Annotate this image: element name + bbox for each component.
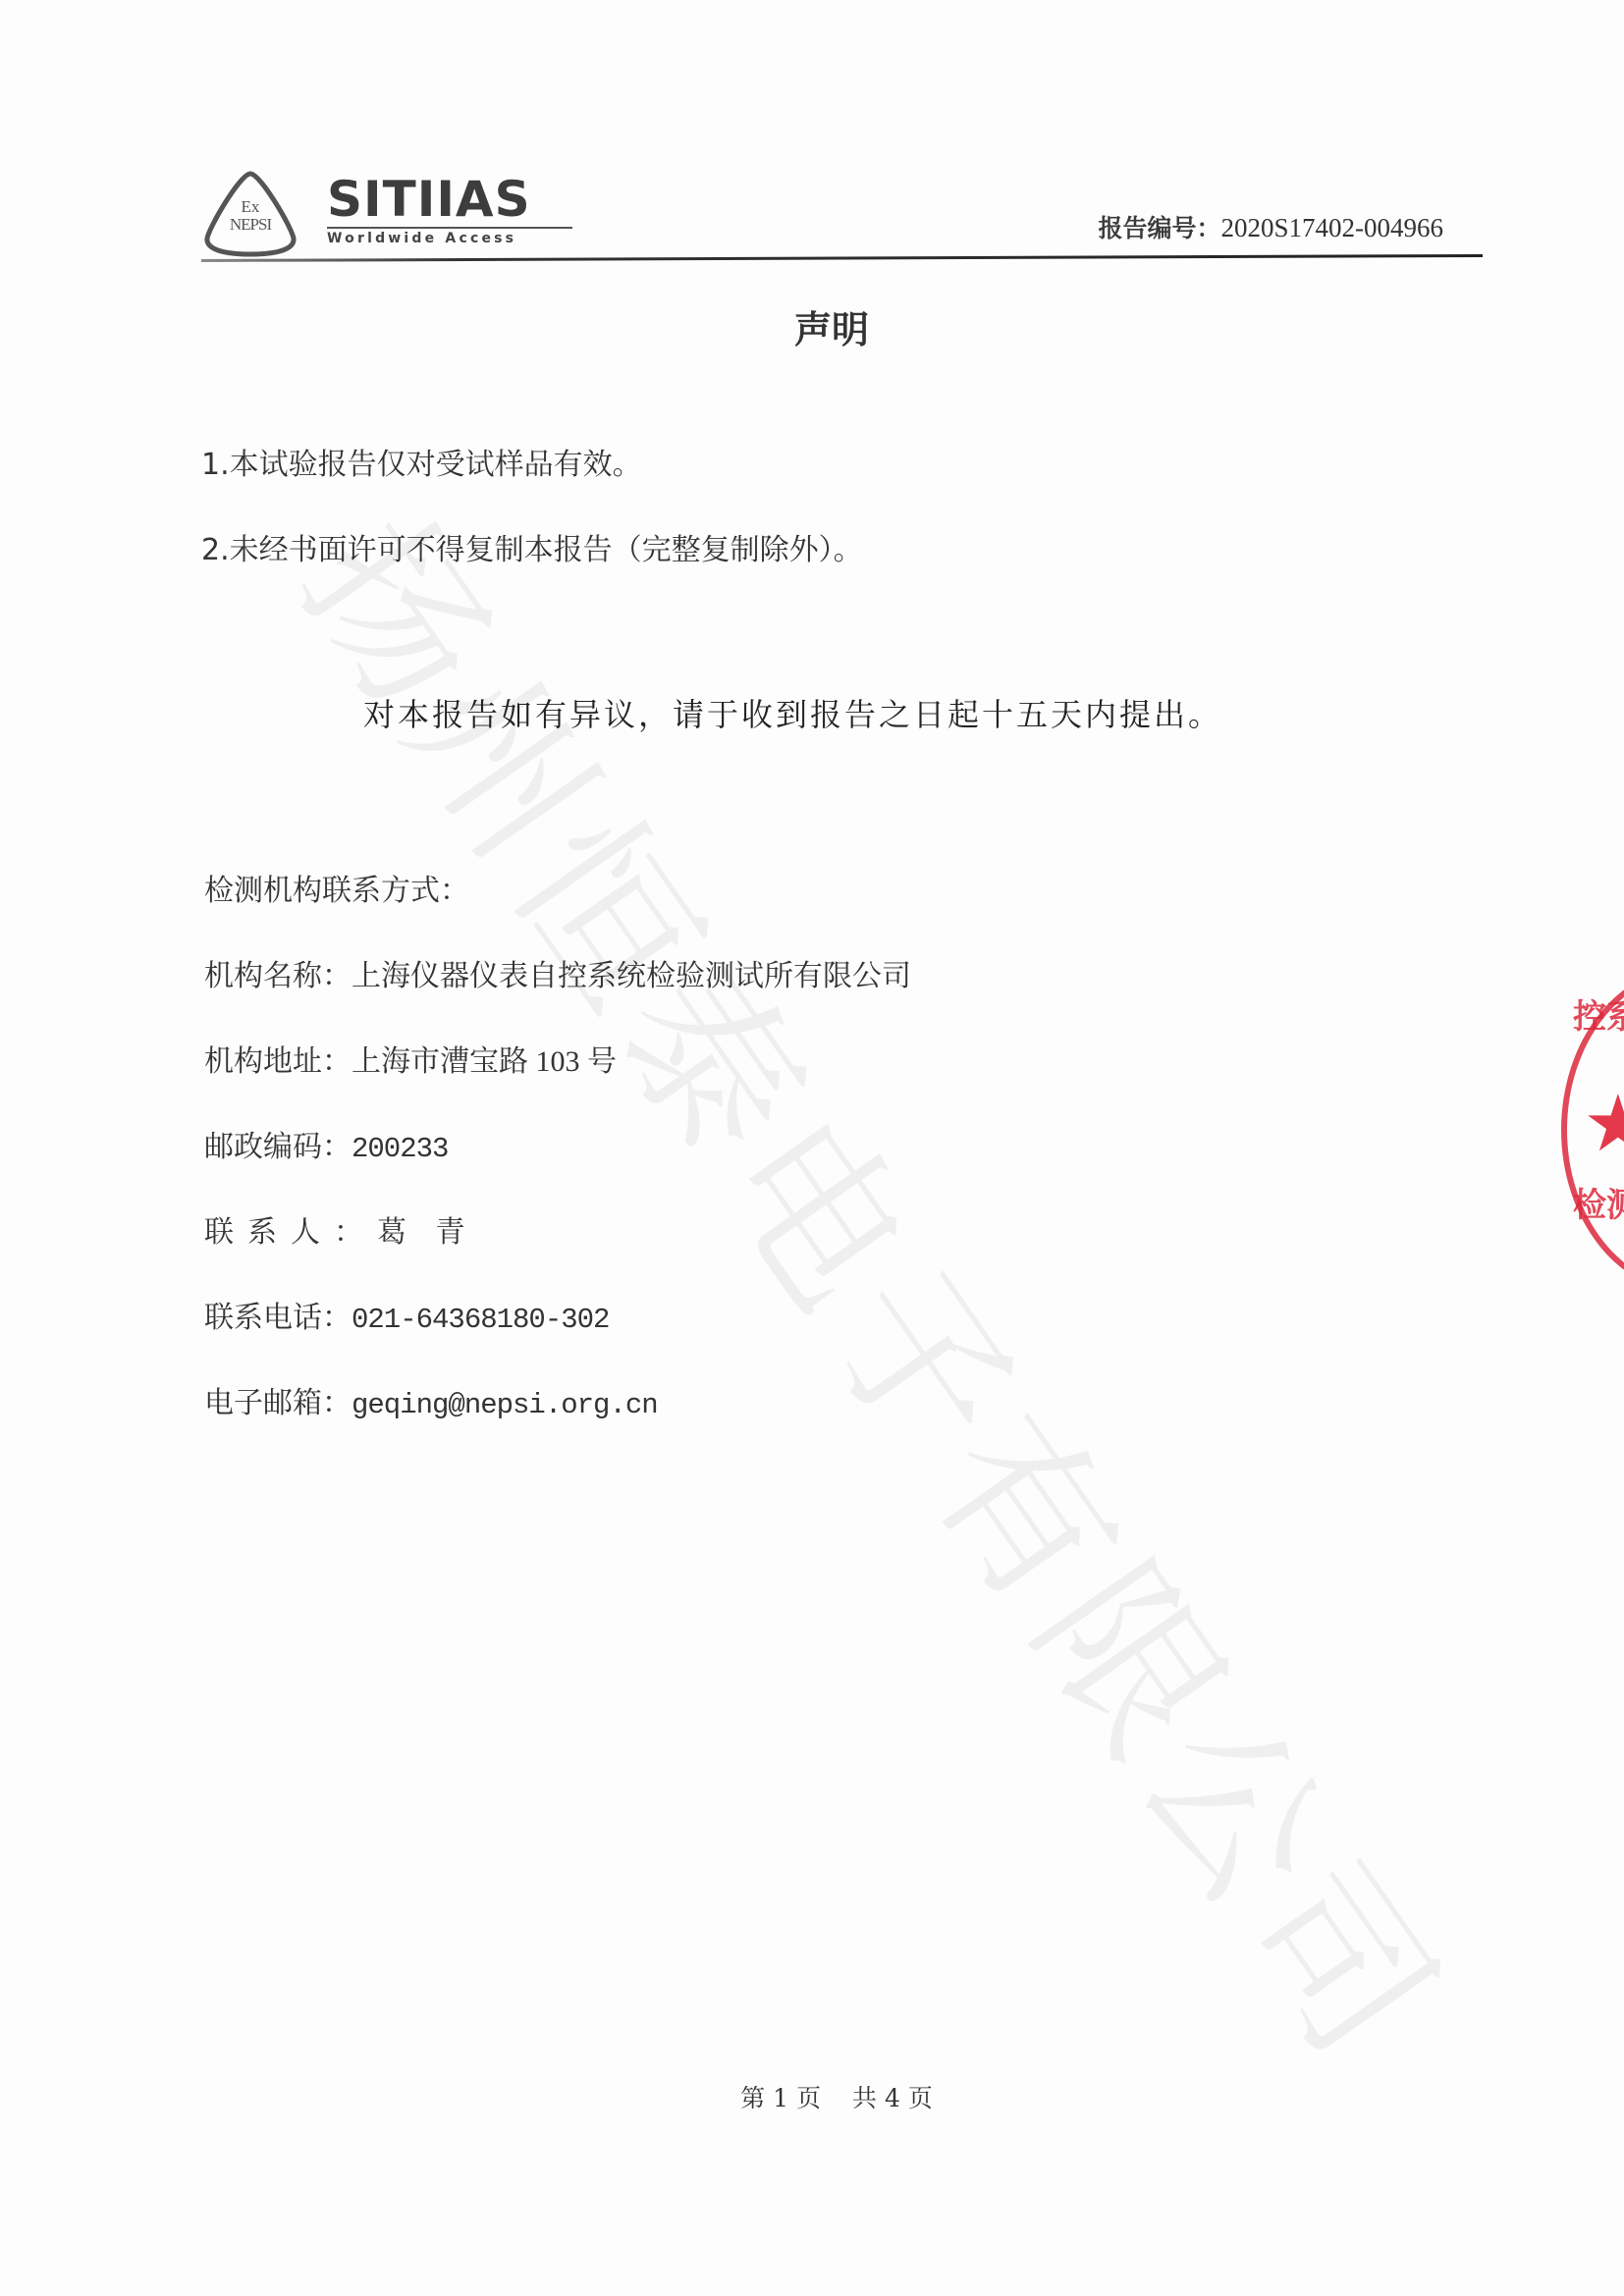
contact-label: 邮政编码： — [204, 1128, 352, 1167]
contact-label: 联系人： — [204, 1213, 377, 1253]
contact-heading: 检测机构联系方式： — [204, 872, 911, 957]
contact-section: 检测机构联系方式： 机构名称：上海仪器仪表自控系统检验测试所有限公司 机构地址：… — [204, 872, 911, 1469]
contact-row-postcode: 邮政编码：200233 — [204, 1128, 911, 1213]
page-unit: 页 — [796, 2084, 821, 2112]
contact-label: 机构名称： — [204, 957, 352, 996]
total-unit: 页 — [908, 2084, 933, 2112]
objection-notice: 对本报告如有异议，请于收到报告之日起十五天内提出。 — [363, 690, 1222, 735]
report-number-label: 报告编号： — [1098, 214, 1220, 242]
contact-row-phone: 联系电话：021-64368180-302 — [204, 1299, 911, 1384]
contact-row-person: 联系人：葛 青 — [204, 1213, 911, 1299]
logo-nepsi-text: NEPSI — [201, 215, 299, 235]
contact-row-org-name: 机构名称：上海仪器仪表自控系统检验测试所有限公司 — [204, 957, 911, 1042]
statement-2: 2.未经书面许可不得复制本报告（完整复制除外）。 — [201, 525, 863, 568]
contact-label: 电子邮箱： — [204, 1384, 352, 1423]
seal-text-bottom: 检测 — [1573, 1178, 1624, 1226]
nepsi-logo: Ex NEPSI — [201, 170, 299, 258]
contact-label: 联系电话： — [204, 1299, 352, 1338]
contact-value: 上海仪器仪表自控系统检验测试所有限公司 — [352, 960, 911, 992]
report-number-value: 2020S17402-004966 — [1220, 213, 1443, 242]
contact-row-address: 机构地址：上海市漕宝路 103 号 — [204, 1042, 911, 1128]
contact-label: 机构地址： — [204, 1042, 352, 1082]
page-title: 声明 — [0, 299, 1624, 353]
document-page: 扬州恒泰电子有限公司 Ex NEPSI SITIIAS Worldwide Ac… — [0, 0, 1624, 2296]
report-number: 报告编号：2020S17402-004966 — [1098, 209, 1443, 244]
page-footer: 第1页 共4页 — [0, 2079, 1624, 2114]
page-current: 1 — [773, 2084, 788, 2112]
total-prefix: 共 — [852, 2084, 877, 2112]
star-icon: ★ — [1583, 1085, 1624, 1163]
contact-value: 021-64368180-302 — [352, 1304, 609, 1336]
contact-row-email: 电子邮箱：geqing@nepsi.org.cn — [204, 1384, 911, 1469]
statement-1: 1.本试验报告仅对受试样品有效。 — [201, 440, 642, 483]
contact-value: 葛 青 — [377, 1215, 475, 1250]
contact-value: 上海市漕宝路 103 号 — [352, 1045, 617, 1078]
contact-email-link[interactable]: geqing@nepsi.org.cn — [352, 1389, 658, 1421]
sitiias-logo: SITIIAS Worldwide Access — [327, 174, 577, 252]
page-header: Ex NEPSI SITIIAS Worldwide Access 报告编号：2… — [201, 162, 1483, 265]
brand-tagline: Worldwide Access — [327, 231, 577, 246]
logo-ex-text: Ex — [201, 197, 299, 217]
page-total: 4 — [885, 2084, 900, 2112]
seal-text-top: 控系 — [1573, 989, 1624, 1038]
page-prefix: 第 — [740, 2084, 765, 2112]
brand-name: SITIIAS — [327, 174, 577, 225]
contact-value: 200233 — [352, 1133, 448, 1165]
